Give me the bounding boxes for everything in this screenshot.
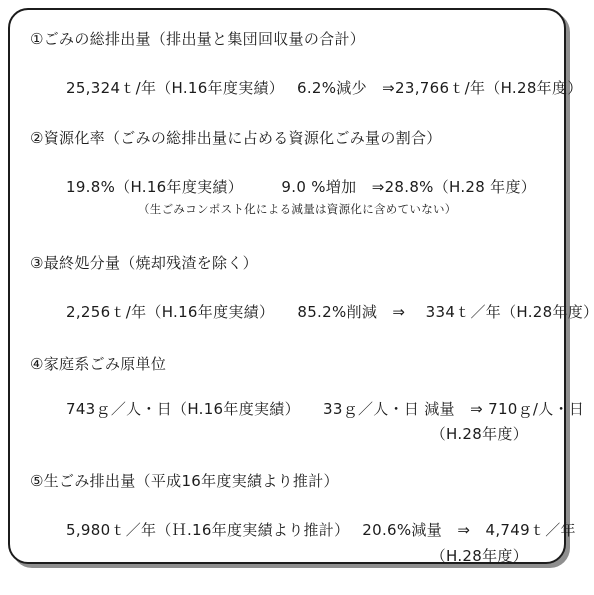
section-recycling-rate: ②資源化率（ごみの総排出量に占める資源化ごみ量の割合） 19.8%（H.16年度… xyxy=(10,128,564,217)
section-detail: 5,980ｔ／年（Ｈ.16年度実績より推計） 20.6%減量 ⇒ 4,749ｔ／… xyxy=(66,520,564,541)
section-total-waste: ①ごみの総排出量（排出量と集団回収量の合計） 25,324ｔ/年（H.16年度実… xyxy=(10,29,564,99)
section-note: （生ごみコンポスト化による減量は資源化に含めていない） xyxy=(138,201,564,217)
section-heading: ②資源化率（ごみの総排出量に占める資源化ごみ量の割合） xyxy=(30,128,564,149)
section-food-waste: ⑤生ごみ排出量（平成16年度実績より推計） 5,980ｔ／年（Ｈ.16年度実績よ… xyxy=(10,471,564,567)
section-heading: ③最終処分量（焼却残渣を除く） xyxy=(30,253,564,274)
section-heading: ④家庭系ごみ原単位 xyxy=(30,354,564,375)
document-page: ①ごみの総排出量（排出量と集団回収量の合計） 25,324ｔ/年（H.16年度実… xyxy=(0,0,594,595)
section-continuation: （H.28年度） xyxy=(10,546,528,567)
section-detail: 743ｇ／人・日（H.16年度実績） 33ｇ／人・日 減量 ⇒ 710ｇ/人・日 xyxy=(66,399,564,420)
section-detail: 19.8%（H.16年度実績） 9.0 %増加 ⇒28.8%（H.28 年度） xyxy=(66,177,564,198)
section-heading: ①ごみの総排出量（排出量と集団回収量の合計） xyxy=(30,29,564,50)
section-continuation: （H.28年度） xyxy=(10,424,528,445)
section-detail: 2,256ｔ/年（H.16年度実績） 85.2%削減 ⇒ 334ｔ／年（H.28… xyxy=(66,302,564,323)
section-household-unit: ④家庭系ごみ原単位 743ｇ／人・日（H.16年度実績） 33ｇ／人・日 減量 … xyxy=(10,354,564,445)
section-final-disposal: ③最終処分量（焼却残渣を除く） 2,256ｔ/年（H.16年度実績） 85.2%… xyxy=(10,253,564,323)
section-heading: ⑤生ごみ排出量（平成16年度実績より推計） xyxy=(30,471,564,492)
section-detail: 25,324ｔ/年（H.16年度実績） 6.2%減少 ⇒23,766ｔ/年（H.… xyxy=(66,78,564,99)
rounded-summary-panel: ①ごみの総排出量（排出量と集団回収量の合計） 25,324ｔ/年（H.16年度実… xyxy=(8,8,566,564)
